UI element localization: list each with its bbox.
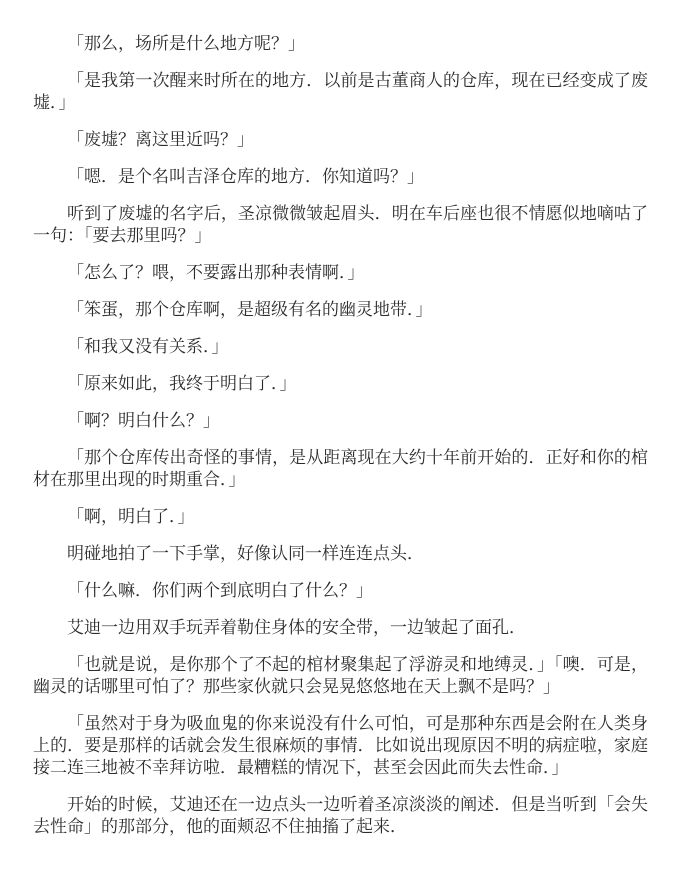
paragraph-narration: 听到了废墟的名字后，圣凉微微皱起眉头．明在车后座也很不情愿似地嘀咕了一句：「要去… (33, 203, 648, 247)
paragraph-narration: 明碰地拍了一下手掌，好像认同一样连连点头． (33, 543, 648, 565)
paragraph-dialogue: 「那个仓库传出奇怪的事情，是从距离现在大约十年前开始的．正好和你的棺材在那里出现… (33, 447, 648, 491)
paragraph-dialogue: 「原来如此，我终于明白了．」 (33, 373, 648, 395)
paragraph-dialogue: 「也就是说，是你那个了不起的棺材聚集起了浮游灵和地缚灵．」「噢．可是，幽灵的话哪… (33, 654, 648, 698)
document-page: 「那么，场所是什么地方呢？」 「是我第一次醒来时所在的地方．以前是古董商人的仓库… (0, 0, 680, 880)
paragraph-dialogue: 「虽然对于身为吸血鬼的你来说没有什么可怕，可是那种东西是会附在人类身上的．要是那… (33, 713, 648, 779)
paragraph-dialogue: 「是我第一次醒来时所在的地方．以前是古董商人的仓库，现在已经变成了废墟．」 (33, 70, 648, 114)
paragraph-dialogue: 「啊？明白什么？」 (33, 410, 648, 432)
paragraph-dialogue: 「那么，场所是什么地方呢？」 (33, 33, 648, 55)
paragraph-dialogue: 「笨蛋，那个仓库啊，是超级有名的幽灵地带．」 (33, 299, 648, 321)
paragraph-dialogue: 「什么嘛．你们两个到底明白了什么？」 (33, 580, 648, 602)
paragraph-dialogue: 「废墟？离这里近吗？」 (33, 129, 648, 151)
paragraph-dialogue: 「啊，明白了．」 (33, 506, 648, 528)
paragraph-dialogue: 「嗯．是个名叫吉泽仓库的地方．你知道吗？」 (33, 166, 648, 188)
paragraph-narration: 开始的时候，艾迪还在一边点头一边听着圣凉淡淡的阐述．但是当听到「会失去性命」的那… (33, 794, 648, 838)
paragraph-narration: 艾迪一边用双手玩弄着勒住身体的安全带，一边皱起了面孔． (33, 617, 648, 639)
paragraph-dialogue: 「和我又没有关系．」 (33, 336, 648, 358)
paragraph-dialogue: 「怎么了？喂，不要露出那种表情啊．」 (33, 262, 648, 284)
